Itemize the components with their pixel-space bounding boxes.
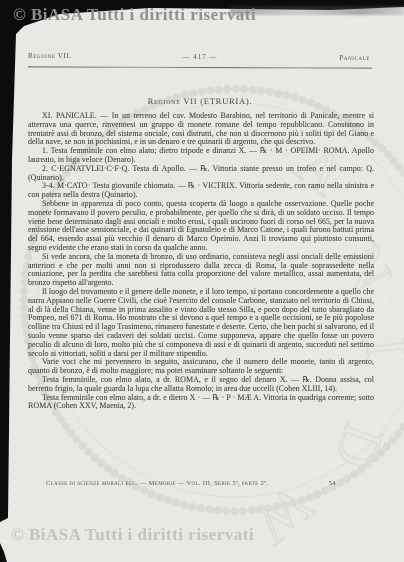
coin-entry-3-4: 3-4. M·CATO· Testa giovanile chiomata. —… bbox=[28, 182, 374, 200]
text-column: XI. PANICALE. — In un terreno del cav. M… bbox=[28, 112, 374, 411]
paragraph-bronze: Si vede ancora, che la moneta di bronzo,… bbox=[28, 253, 374, 288]
running-head-locality: Panicale bbox=[339, 54, 370, 62]
paragraph-observation: Sebbene in apparenza di poco conto, ques… bbox=[28, 200, 374, 253]
page-number: — 417 — bbox=[28, 53, 372, 61]
coin-entry-2: 2. C·EGNATVLEI·C·F·Q. Testa di Apollo. —… bbox=[28, 165, 374, 183]
footer-imprint: Classe di scienze morali ecc. — Memorie … bbox=[46, 480, 372, 487]
section-heading: Regione VII (ETRURIA). bbox=[28, 96, 372, 106]
running-head: Regione VII. — 417 — Panicale bbox=[28, 52, 372, 62]
paragraph-history: Il luogo del trovamento e il genere dell… bbox=[28, 288, 374, 358]
watermark-bottom: © BiASA Tutti i diritti riservati bbox=[11, 525, 254, 545]
coin-entry-1: 1. Testa femminile con elmo alato; dietr… bbox=[28, 147, 374, 165]
paragraph-varie-voci: Varie voci che mi pervennero in seguito,… bbox=[28, 358, 374, 376]
imprint-text: Classe di scienze morali ecc. — Memorie … bbox=[46, 480, 268, 487]
signature-number: 54 bbox=[329, 480, 336, 487]
coin-entry-maenia: Testa femminile con elmo alato, a dr. e … bbox=[28, 394, 374, 412]
paragraph-intro: XI. PANICALE. — In un terreno del cav. M… bbox=[28, 112, 374, 147]
scanned-page: A N I D W © BiASA Tutti i diritti riserv… bbox=[0, 0, 404, 562]
seal-letter: D bbox=[321, 416, 396, 478]
coin-entry-roma: Testa femminile, con elmo alato, a dr. R… bbox=[28, 376, 374, 394]
header-rule bbox=[28, 66, 372, 68]
watermark-top: © BiASA Tutti i diritti riservati bbox=[13, 5, 256, 25]
